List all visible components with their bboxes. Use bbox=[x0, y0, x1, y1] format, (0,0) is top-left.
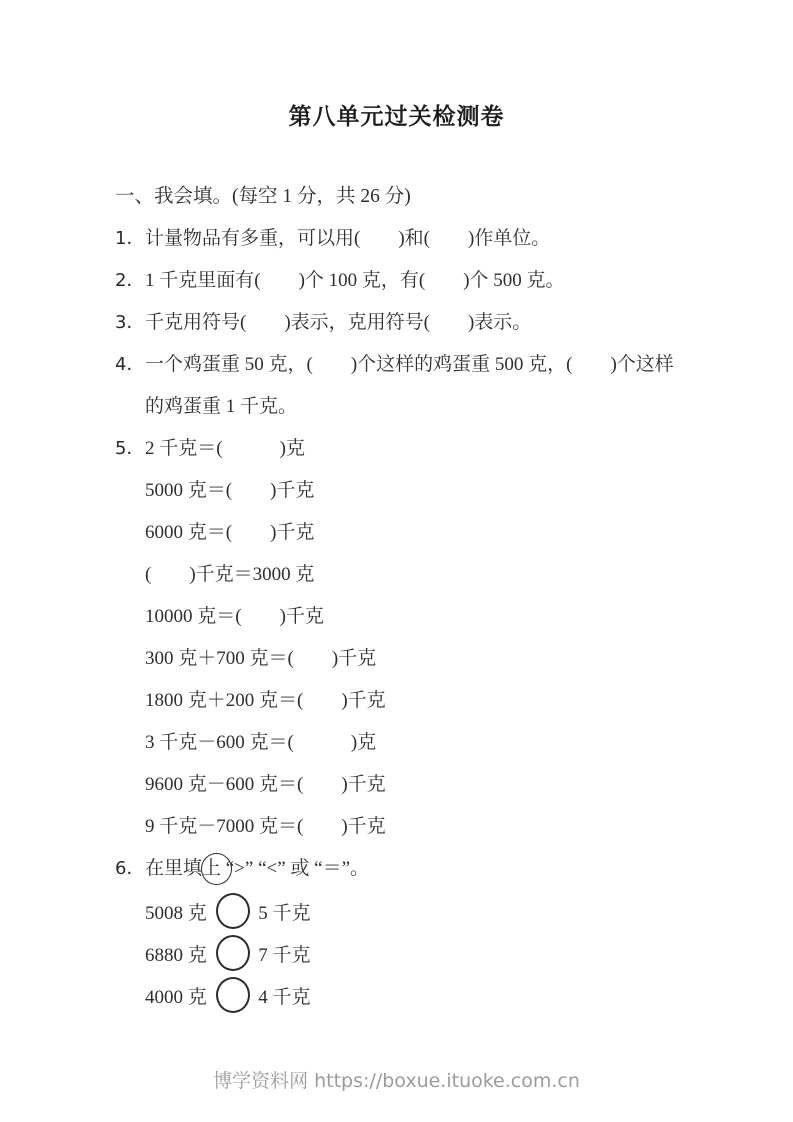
question-number: 6． bbox=[115, 848, 145, 890]
question-number: 2． bbox=[115, 260, 145, 302]
question-text: 一个鸡蛋重 50 克，( )个这样的鸡蛋重 500 克，( )个这样 bbox=[145, 354, 674, 375]
question-number: 5． bbox=[115, 428, 145, 470]
comparison-left: 4000 克 bbox=[145, 982, 212, 1009]
section-heading: 一、我会填。(每空 1 分，共 26 分) bbox=[115, 176, 745, 218]
conversion-line: 9600 克－600 克＝( )千克 bbox=[115, 764, 745, 806]
question-number: 4． bbox=[115, 344, 145, 386]
question-number: 1． bbox=[115, 218, 145, 260]
comparison-left: 6880 克 bbox=[145, 940, 212, 967]
conversion-line: 1800 克＋200 克＝( )千克 bbox=[115, 680, 745, 722]
comparison-left: 5008 克 bbox=[145, 898, 212, 925]
question-row-5: 5．2 千克＝( )克 bbox=[115, 428, 745, 470]
conversion-line: 3 千克－600 克＝( )克 bbox=[115, 722, 745, 764]
worksheet-page: 第八单元过关检测卷 一、我会填。(每空 1 分，共 26 分) 1．计量物品有多… bbox=[0, 0, 793, 1122]
comparison-circle bbox=[216, 935, 250, 971]
conversion-line: 6000 克＝( )千克 bbox=[115, 512, 745, 554]
conversion-line: ( )千克＝3000 克 bbox=[115, 554, 745, 596]
question-row-6: 6．在里填上 “>” “<” 或 “＝”。 bbox=[115, 848, 745, 890]
question-row-1: 1．计量物品有多重，可以用( )和( )作单位。 bbox=[115, 218, 745, 260]
conversion-line: 300 克＋700 克＝( )千克 bbox=[115, 638, 745, 680]
question-text: 在里填上 “>” “<” 或 “＝”。 bbox=[145, 858, 369, 879]
question-text: 2 千克＝( )克 bbox=[145, 438, 305, 459]
question-4-continuation: 的鸡蛋重 1 千克。 bbox=[115, 386, 745, 428]
conversion-line: 9 千克－7000 克＝( )千克 bbox=[115, 806, 745, 848]
question-row-4: 4．一个鸡蛋重 50 克，( )个这样的鸡蛋重 500 克，( )个这样 bbox=[115, 344, 745, 386]
question-row-2: 2．1 千克里面有( )个 100 克，有( )个 500 克。 bbox=[115, 260, 745, 302]
question-text: 1 千克里面有( )个 100 克，有( )个 500 克。 bbox=[145, 270, 565, 291]
question-number: 3． bbox=[115, 302, 145, 344]
comparison-circle bbox=[216, 893, 250, 929]
comparison-row-3: 4000 克 4 千克 bbox=[115, 974, 745, 1016]
watermark-footer: 博学资料网 https://boxue.ituoke.com.cn bbox=[0, 1066, 793, 1093]
question-text: 计量物品有多重，可以用( )和( )作单位。 bbox=[145, 228, 550, 249]
conversion-line: 10000 克＝( )千克 bbox=[115, 596, 745, 638]
worksheet-content: 一、我会填。(每空 1 分，共 26 分) 1．计量物品有多重，可以用( )和(… bbox=[115, 176, 745, 1016]
comparison-row-2: 6880 克 7 千克 bbox=[115, 932, 745, 974]
conversion-line: 5000 克＝( )千克 bbox=[115, 470, 745, 512]
page-title: 第八单元过关检测卷 bbox=[0, 98, 793, 131]
question-text: 千克用符号( )表示，克用符号( )表示。 bbox=[145, 312, 531, 333]
comparison-right: 4 千克 bbox=[254, 982, 311, 1009]
question-row-3: 3．千克用符号( )表示，克用符号( )表示。 bbox=[115, 302, 745, 344]
comparison-row-1: 5008 克 5 千克 bbox=[115, 890, 745, 932]
comparison-right: 5 千克 bbox=[254, 898, 311, 925]
comparison-right: 7 千克 bbox=[254, 940, 311, 967]
fill-circle-overlay bbox=[201, 853, 232, 885]
comparison-circle bbox=[216, 977, 250, 1013]
